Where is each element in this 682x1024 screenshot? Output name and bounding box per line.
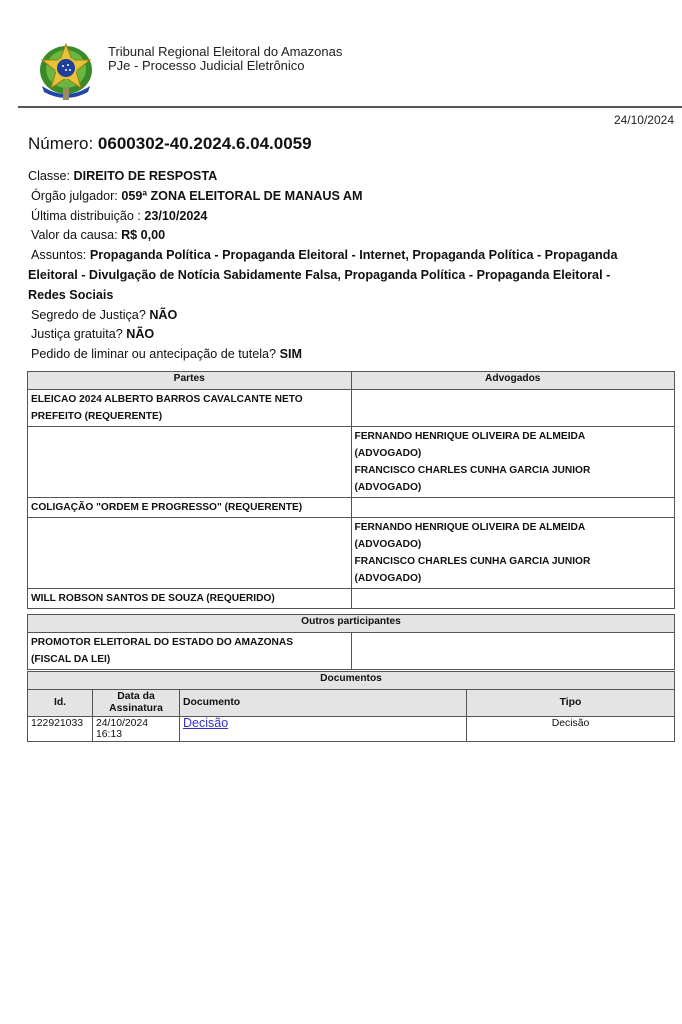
col-partes: Partes bbox=[28, 372, 352, 390]
partes-table: Partes Advogados ELEICAO 2024 ALBERTO BA… bbox=[27, 371, 675, 609]
col-documento: Documento bbox=[180, 690, 467, 717]
process-number-value: 0600302-40.2024.6.04.0059 bbox=[98, 134, 312, 153]
info-liminar: Pedido de liminar ou antecipação de tute… bbox=[28, 345, 676, 365]
col-id: Id. bbox=[28, 690, 93, 717]
organization-name: Tribunal Regional Eleitoral do Amazonas … bbox=[108, 45, 342, 73]
document-date: 24/10/2024 bbox=[614, 113, 674, 127]
document-header: Tribunal Regional Eleitoral do Amazonas … bbox=[0, 0, 682, 108]
table-row: WILL ROBSON SANTOS DE SOUZA (REQUERIDO) bbox=[28, 589, 675, 609]
info-distribuicao: Última distribuição : 23/10/2024 bbox=[28, 207, 676, 227]
info-gratuita: Justiça gratuita? NÃO bbox=[28, 325, 676, 345]
process-number: Número: 0600302-40.2024.6.04.0059 bbox=[28, 134, 312, 154]
system-name: PJe - Processo Judicial Eletrônico bbox=[108, 59, 342, 73]
info-orgao: Órgão julgador: 059ª ZONA ELEITORAL DE M… bbox=[28, 187, 676, 207]
info-classe: Classe: DIREITO DE RESPOSTA bbox=[28, 167, 676, 187]
table-row: FERNANDO HENRIQUE OLIVEIRA DE ALMEIDA(AD… bbox=[28, 518, 675, 589]
col-tipo: Tipo bbox=[467, 690, 675, 717]
table-row: 122921033 24/10/202416:13 Decisão Decisã… bbox=[28, 717, 675, 742]
info-valor: Valor da causa: R$ 0,00 bbox=[28, 226, 676, 246]
document-link[interactable]: Decisão bbox=[183, 716, 228, 730]
documentos-header: Documentos bbox=[28, 672, 675, 690]
info-assuntos: Assuntos: Propaganda Política - Propagan… bbox=[28, 246, 676, 266]
doc-tipo: Decisão bbox=[467, 717, 675, 742]
info-segredo: Segredo de Justiça? NÃO bbox=[28, 306, 676, 326]
brazil-coat-of-arms-icon bbox=[36, 40, 96, 102]
doc-date: 24/10/202416:13 bbox=[93, 717, 180, 742]
process-number-label: Número: bbox=[28, 134, 93, 153]
court-name: Tribunal Regional Eleitoral do Amazonas bbox=[108, 45, 342, 59]
col-data: Data da Assinatura bbox=[93, 690, 180, 717]
process-info: Classe: DIREITO DE RESPOSTA Órgão julgad… bbox=[28, 167, 676, 365]
table-row: PROMOTOR ELEITORAL DO ESTADO DO AMAZONAS… bbox=[28, 633, 675, 670]
table-row: COLIGAÇÃO "ORDEM E PROGRESSO" (REQUERENT… bbox=[28, 498, 675, 518]
outros-participantes-table: Outros participantes PROMOTOR ELEITORAL … bbox=[27, 614, 675, 670]
doc-id: 122921033 bbox=[28, 717, 93, 742]
table-row: FERNANDO HENRIQUE OLIVEIRA DE ALMEIDA(AD… bbox=[28, 427, 675, 498]
col-advogados: Advogados bbox=[351, 372, 675, 390]
outros-header: Outros participantes bbox=[28, 615, 675, 633]
table-row: ELEICAO 2024 ALBERTO BARROS CAVALCANTE N… bbox=[28, 390, 675, 427]
header-divider bbox=[18, 106, 682, 108]
documentos-table: Documentos Id. Data da Assinatura Docume… bbox=[27, 671, 675, 742]
